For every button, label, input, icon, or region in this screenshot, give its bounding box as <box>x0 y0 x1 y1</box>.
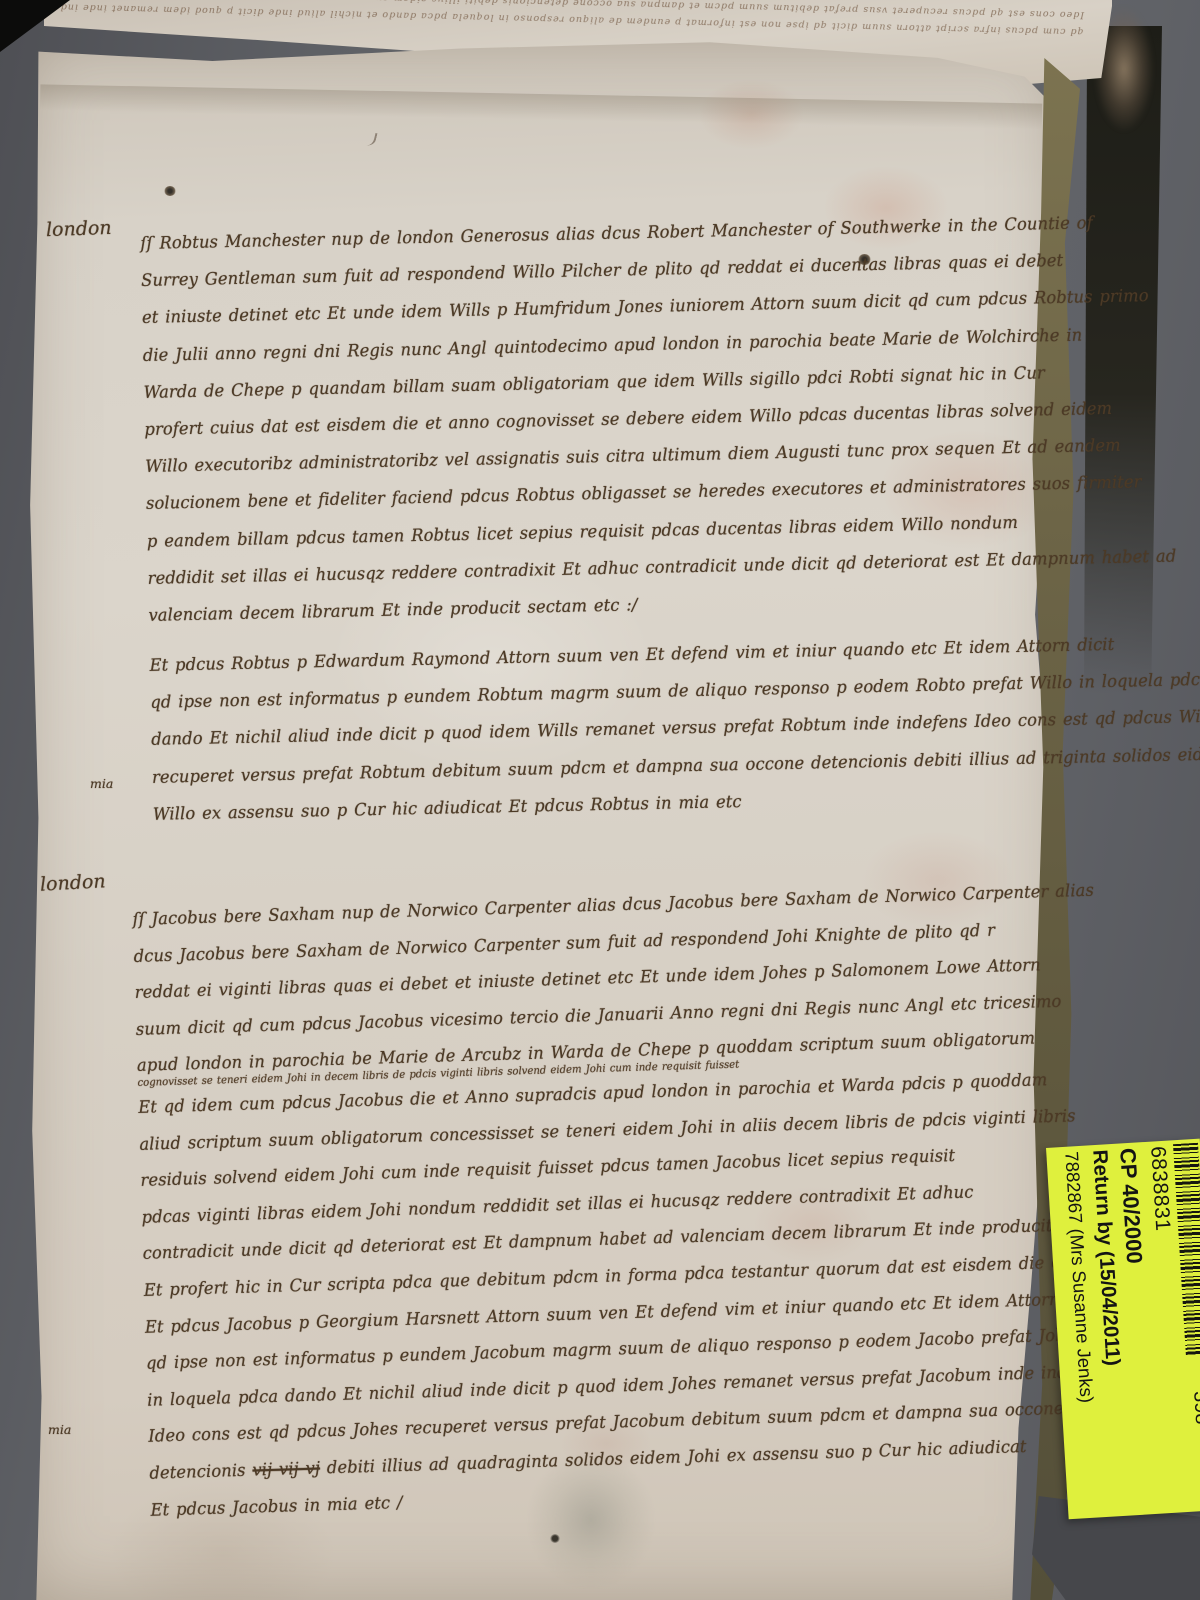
struck-through-text: vij vij vj <box>252 1458 320 1480</box>
plea-entry-manchester: ſſ Robtus Manchester nup de london Gener… <box>140 207 1017 834</box>
sticker-rotated-content: 6838831 CP 40/2000 Return by (15/04/2011… <box>1046 1139 1200 1520</box>
county-margin-london-entry1: london <box>46 217 112 241</box>
sticker-class-number: CP 40/2000 <box>1114 1147 1147 1264</box>
parchment-hole <box>164 186 176 196</box>
barcode <box>1173 1143 1200 1356</box>
previous-membrane-script: qd cum pdcus infra script attorn suum di… <box>74 0 1085 40</box>
misericordia-margin-entry1: mia <box>90 776 113 791</box>
sticker-reference-number: 6838831 <box>1145 1145 1174 1232</box>
misericordia-margin-entry2: mia <box>48 1422 71 1437</box>
stain-dot <box>550 1534 560 1543</box>
plea-entry-saxham: ſſ Jacobus bere Saxham nup de Norwico Ca… <box>132 875 1020 1528</box>
sticker-page-number: 398 <box>1188 1390 1200 1425</box>
county-margin-london-entry2: london <box>39 870 106 895</box>
archive-request-sticker: 6838831 CP 40/2000 Return by (15/04/2011… <box>1046 1139 1200 1520</box>
photograph-of-plea-roll: qd cum pdcus infra script attorn suum di… <box>0 0 1200 1600</box>
